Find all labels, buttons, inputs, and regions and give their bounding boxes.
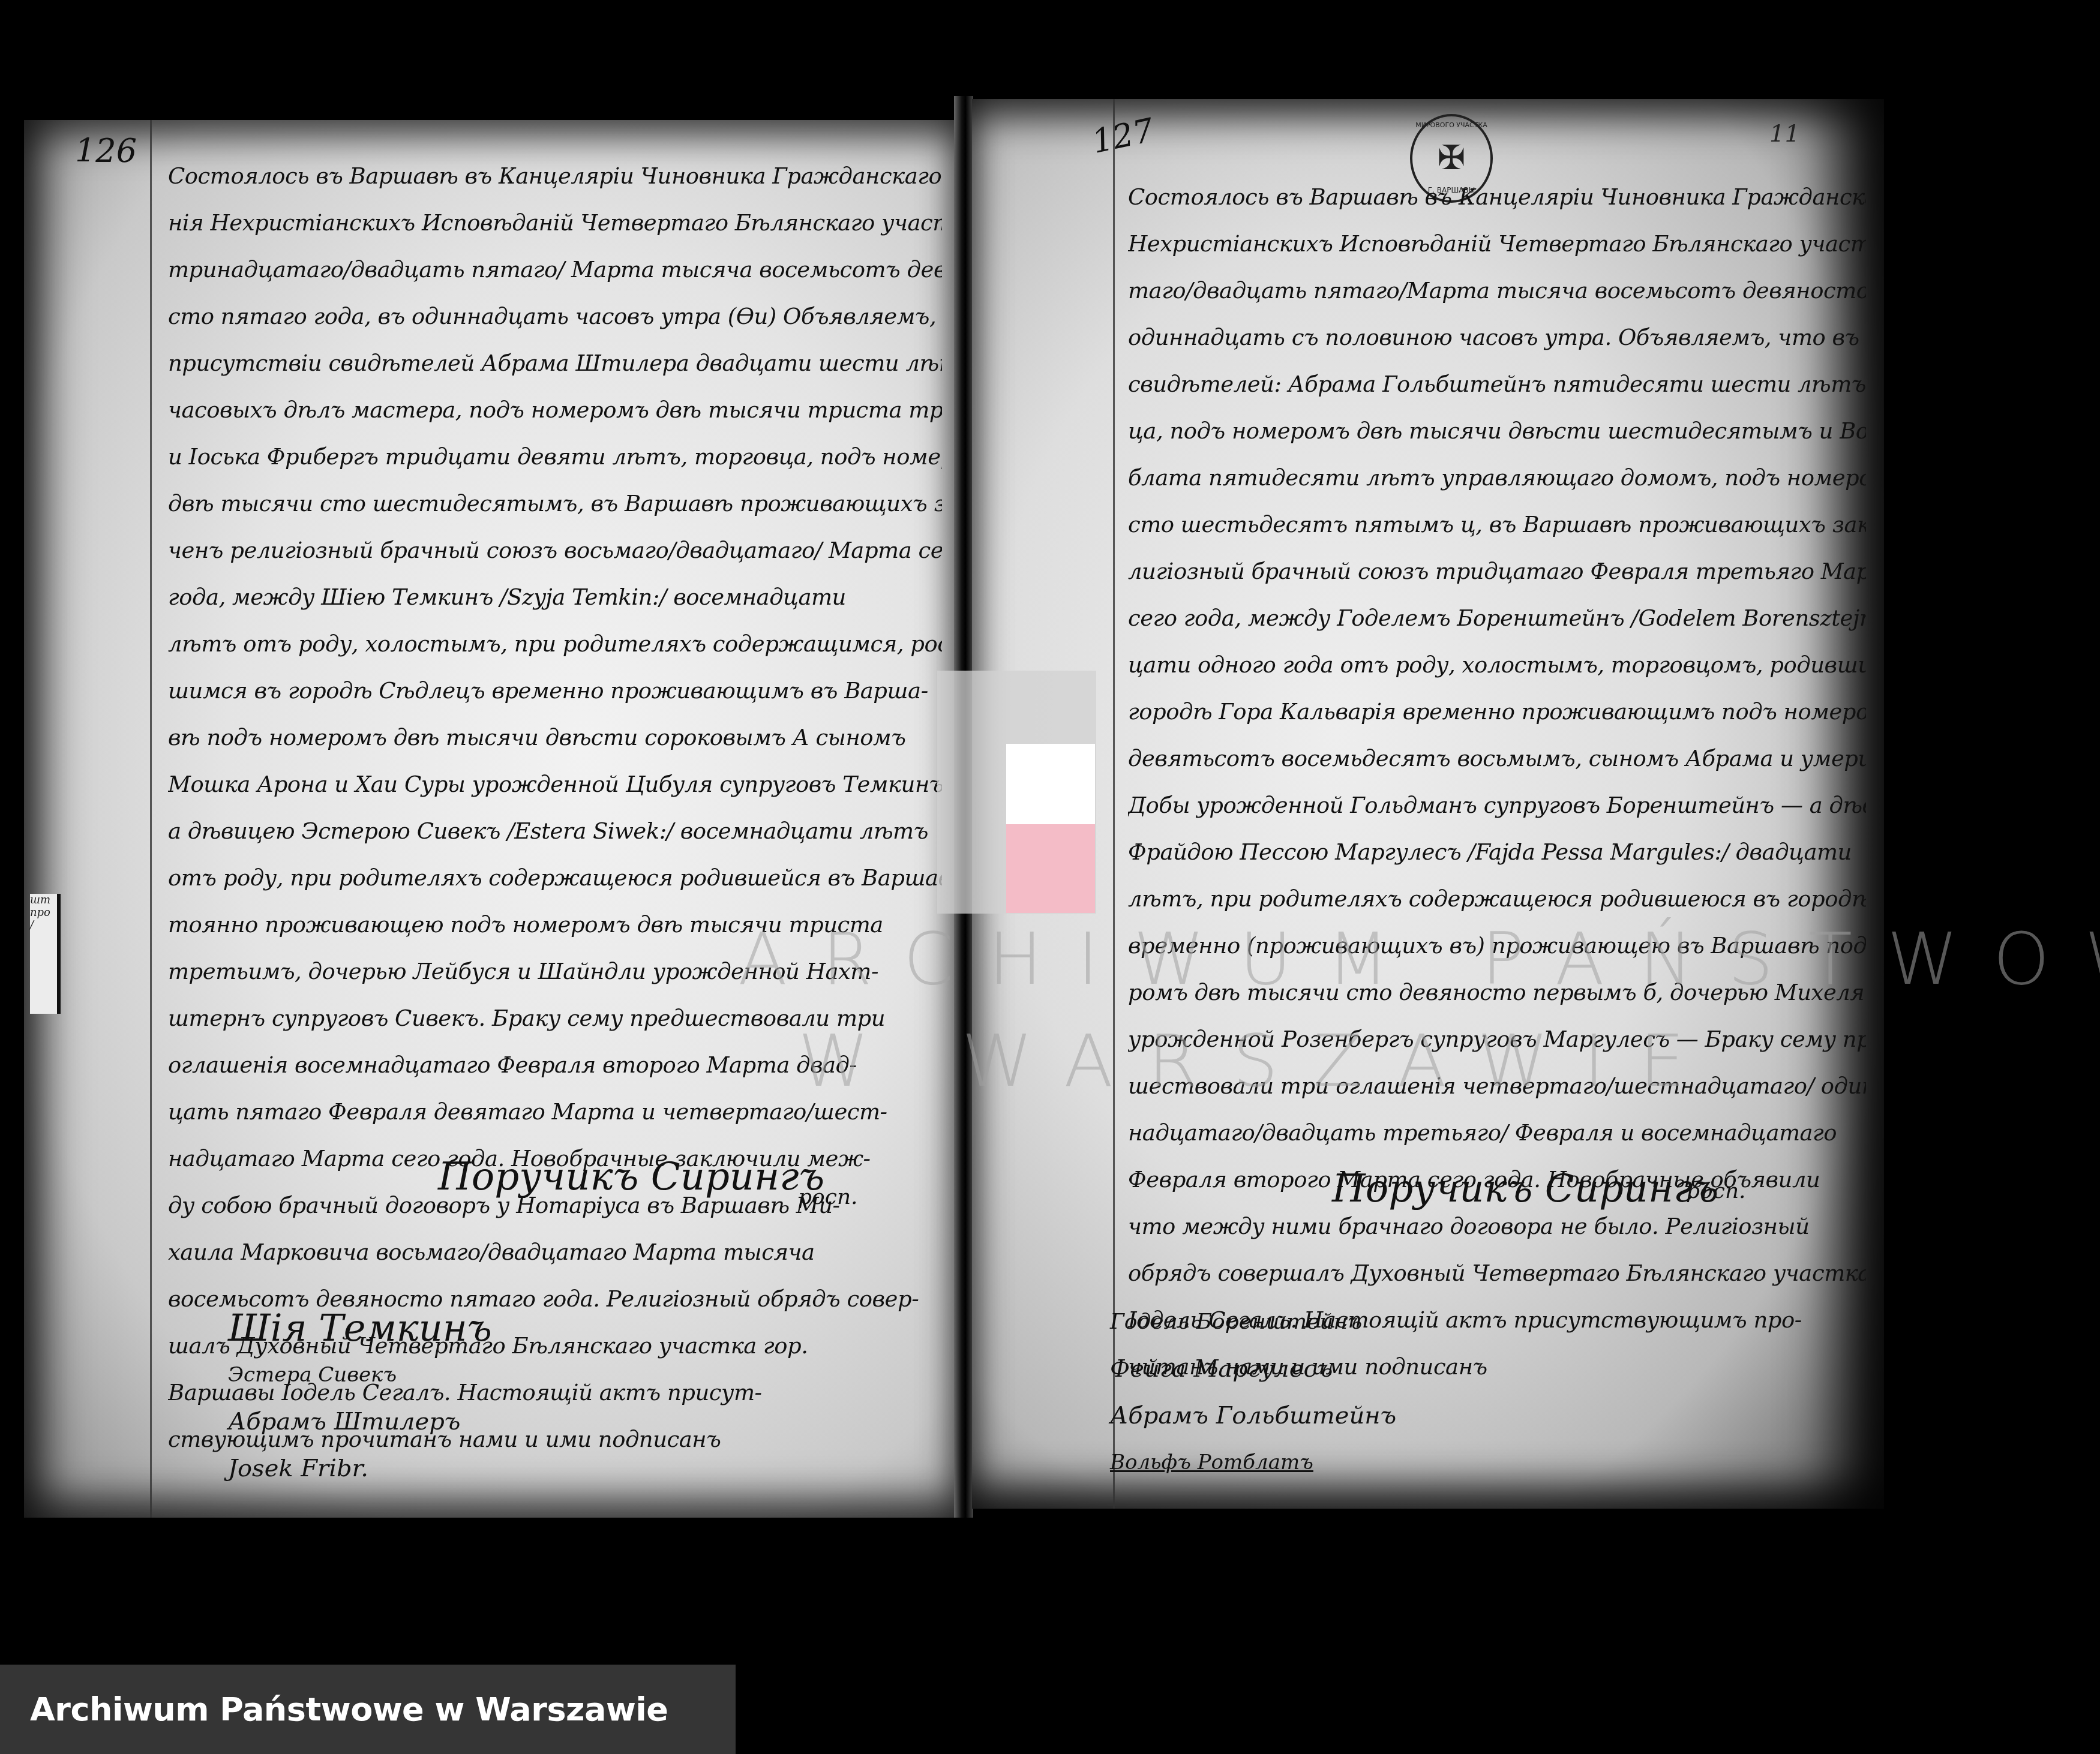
left-page: 126 Состоялось въ Варшавѣ въ Канцеляріи … (24, 120, 957, 1518)
stamp-ring-text-top: МИРОВОГО УЧАСТКА (1412, 121, 1490, 129)
text-line: хаила Марковича восьмаго/двадцатаго Март… (168, 1229, 942, 1276)
signature-witness-1: Абрамъ Гольбштейнъ (1110, 1392, 1396, 1439)
document-viewer: 126 Состоялось въ Варшавѣ въ Канцеляріи … (0, 0, 2100, 1754)
watermark-text-line2: W WARSZAWIE (798, 1020, 1720, 1103)
right-page: 127 11 МИРОВОГО УЧАСТКА ✠ Г. ВАРШАВЫ Сос… (972, 99, 1884, 1509)
archive-logo-watermark (937, 671, 1096, 914)
text-line: года, между Шіею Темкинъ /Szyja Temkin:/… (168, 574, 942, 621)
signature-witness-1: Абрамъ Штилеръ (228, 1398, 492, 1445)
signature-bride: Фейга Маргулесъ (1110, 1345, 1396, 1392)
watermark-text-line1: ARCHIWUM PAŃSTWOWE (738, 918, 2100, 1001)
text-line: вѣ подъ номеромъ двѣ тысячи двѣсти сорок… (168, 714, 942, 761)
signature-groom: Годель Боренштейнъ (1110, 1299, 1396, 1345)
text-line: лѣтъ, при родителяхъ содержащеюся родивш… (1128, 876, 1866, 923)
text-line: одиннадцать съ половиною часовъ утра. Об… (1128, 314, 1866, 361)
logo-flag-red (1006, 824, 1095, 913)
margin-rule (150, 120, 152, 1518)
margin-rule (1113, 99, 1115, 1509)
text-line: нія Нехристіанскихъ Исповѣданій Четверта… (168, 200, 942, 247)
official-signature-tag: росп. (1686, 1179, 1746, 1203)
folio-number: 126 (75, 132, 137, 170)
official-signature-tag: росп. (798, 1185, 858, 1209)
text-line: ца, подъ номеромъ двѣ тысячи двѣсти шест… (1128, 408, 1866, 455)
party-signatures-left: Шія Темкинъ Эстера Сивекъ Абрамъ Штилеръ… (228, 1305, 492, 1492)
text-line: двѣ тысячи сто шестидесятымъ, въ Варшавѣ… (168, 480, 942, 527)
text-line: лигіозный брачный союзъ тридцатаго Февра… (1128, 548, 1866, 595)
party-signatures-right: Годель Боренштейнъ Фейга Маргулесъ Абрам… (1110, 1299, 1396, 1486)
text-line: свидѣтелей: Абрама Гольбштейнъ пятидесят… (1128, 361, 1866, 408)
slip-text: шт (30, 894, 57, 906)
text-line: тринадцатаго/двадцать пятаго/ Марта тыся… (168, 247, 942, 293)
official-signature: Поручикъ Сирингъ (1332, 1167, 1718, 1211)
text-line: Нехристіанскихъ Исповѣданій Четвертаго Б… (1128, 221, 1866, 268)
text-line: сего года, между Годелемъ Боренштейнъ /G… (1128, 595, 1866, 642)
signature-groom: Шія Темкинъ (228, 1305, 492, 1351)
text-line: Состоялось въ Варшавѣ въ Канцеляріи Чино… (1128, 174, 1866, 221)
archive-badge-label: Archiwum Państwowe w Warszawie (30, 1690, 668, 1728)
text-line: городѣ Гора Кальварія временно проживающ… (1128, 689, 1866, 735)
text-line: Добы урожденной Гольдманъ супруговъ Боре… (1128, 782, 1866, 829)
official-signature: Поручикъ Сирингъ (438, 1155, 824, 1199)
text-line: цати одного года отъ роду, холостымъ, то… (1128, 642, 1866, 689)
corner-mark: 11 (1769, 120, 1800, 148)
text-line: шимся въ городѣ Сѣдлецъ временно прожива… (168, 668, 942, 714)
text-line: Мошка Арона и Хаи Суры урожденной Цибуля… (168, 761, 942, 808)
text-line: сто шестьдесятъ пятымъ ц, въ Варшавѣ про… (1128, 501, 1866, 548)
text-line: блата пятидесяти лѣтъ управляющаго домом… (1128, 455, 1866, 501)
record-text-left: Состоялось въ Варшавѣ въ Канцеляріи Чино… (168, 153, 942, 1463)
slip-text: / (30, 919, 57, 932)
pasted-margin-slip: шт про / (30, 894, 61, 1014)
text-line: часовыхъ дѣлъ мастера, подъ номеромъ двѣ… (168, 387, 942, 434)
text-line: сто пятаго года, въ одиннадцать часовъ у… (168, 293, 942, 340)
signature-witness-2: Вольфъ Ротблатъ (1110, 1439, 1396, 1486)
text-line: присутствіи свидѣтелей Абрама Штилера дв… (168, 340, 942, 387)
archive-badge: Archiwum Państwowe w Warszawie (0, 1665, 736, 1754)
folio-number: 127 (1089, 111, 1157, 161)
text-line: и Іоська Фрибергъ тридцати девяти лѣтъ, … (168, 434, 942, 480)
logo-flag-white (1006, 744, 1095, 824)
text-line: таго/двадцать пятаго/Марта тысяча восемь… (1128, 268, 1866, 314)
text-line: а дѣвицею Эстерою Сивекъ /Estera Siwek:/… (168, 808, 942, 855)
double-headed-eagle-icon: ✠ (1438, 142, 1466, 175)
text-line: Состоялось въ Варшавѣ въ Канцеляріи Чино… (168, 153, 942, 200)
text-line: лѣтъ отъ роду, холостымъ, при родителяхъ… (168, 621, 942, 668)
text-line: Фрайдою Пессою Маргулесъ /Fajda Pessa Ma… (1128, 829, 1866, 876)
signature-witness-2: Josek Fribr. (228, 1445, 492, 1492)
text-line: девятьсотъ восемьдесятъ восьмымъ, сыномъ… (1128, 735, 1866, 782)
slip-text: про (30, 906, 57, 919)
text-line: отъ роду, при родителяхъ содержащеюся ро… (168, 855, 942, 902)
text-line: ченъ религіозный брачный союзъ восьмаго/… (168, 527, 942, 574)
signature-bride: Эстера Сивекъ (228, 1351, 492, 1398)
text-line: надцатаго/двадцать третьяго/ Февраля и в… (1128, 1110, 1866, 1157)
text-line: обрядъ совершалъ Духовный Четвертаго Бѣл… (1128, 1250, 1866, 1297)
